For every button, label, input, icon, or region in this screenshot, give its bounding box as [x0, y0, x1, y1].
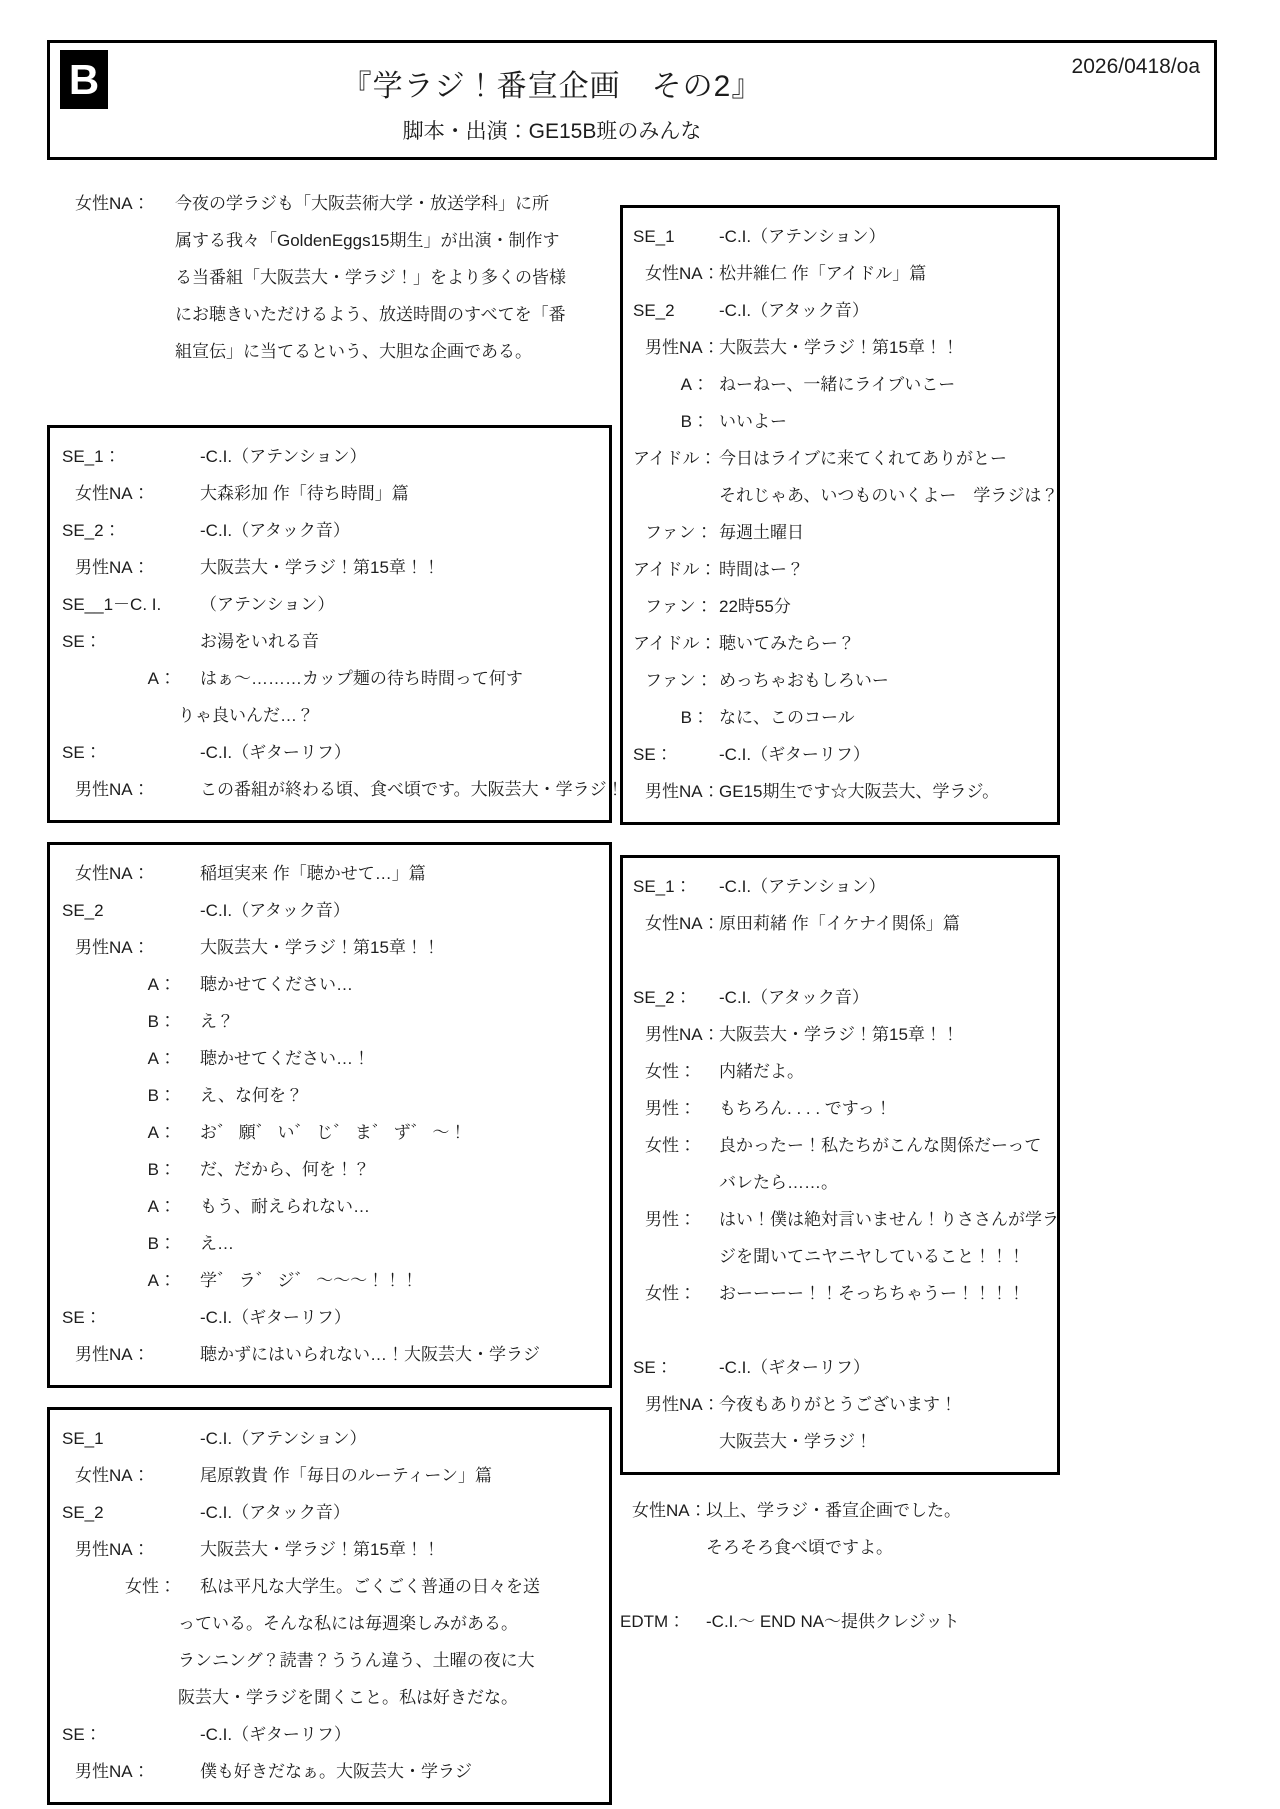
speaker-label: 女性NA： [633, 905, 719, 942]
script-line: アイドル：聴いてみたらー？ [633, 625, 1047, 662]
line-continuation-text: 阪芸大・学ラジを聞くこと。私は好きだな。 [60, 1679, 518, 1716]
line-text: 今日はライブに来てくれてありがとー [719, 440, 1007, 477]
line-text: 大阪芸大・学ラジ！第15章！！ [200, 929, 440, 966]
script-line: A：もう、耐えられない… [60, 1188, 599, 1225]
line-text: -C.I.（アタック音） [719, 979, 869, 1016]
script-line: 女性NA：大森彩加 作「待ち時間」篇 [60, 475, 599, 512]
line-text: -C.I.（ギターリフ） [200, 734, 351, 771]
speaker-label: SE_2 [60, 1494, 200, 1531]
line-continuation-text: そろそろ食べ頃ですよ。 [620, 1529, 893, 1566]
line-continuation-text: それじゃあ、いつものいくよー 学ラジは？ [633, 477, 1058, 514]
speaker-label: 男性NA： [60, 929, 200, 966]
line-text: この番組が終わる頃、食べ頃です。大阪芸大・学ラジ！ [200, 771, 624, 808]
line-text: 毎週土曜日 [719, 514, 804, 551]
speaker-label: A： [60, 1262, 200, 1299]
line-text: GE15期生です☆大阪芸大、学ラジ。 [719, 773, 999, 810]
speaker-label: 女性： [633, 1053, 719, 1090]
speaker-label: アイドル： [633, 551, 719, 588]
line-text: 今夜の学ラジも「大阪芸術大学・放送学科」に所 [175, 185, 549, 222]
speaker-label: SE： [633, 1349, 719, 1386]
intro-narration-block: 女性NA：今夜の学ラジも「大阪芸術大学・放送学科」に所属する我々「GoldenE… [47, 185, 612, 370]
speaker-label: 男性NA： [60, 549, 200, 586]
speaker-label: B： [633, 403, 719, 440]
speaker-label: A： [60, 966, 200, 1003]
speaker-label: 男性NA： [633, 1016, 719, 1053]
script-line: 女性NA：尾原敦貴 作「毎日のルーティーン」篇 [60, 1457, 599, 1494]
script-line: SE_2-C.I.（アタック音） [633, 292, 1047, 329]
line-text: （アテンション） [200, 586, 334, 623]
script-line: SE_2-C.I.（アタック音） [60, 1494, 599, 1531]
script-line: ファン：22時55分 [633, 588, 1047, 625]
script-line: SE：-C.I.（ギターリフ） [60, 1299, 599, 1336]
line-text: 良かったー！私たちがこんな関係だーって [719, 1127, 1041, 1164]
line-text: めっちゃおもしろいー [719, 662, 889, 699]
line-continuation-text: バレたら……。 [633, 1164, 838, 1201]
speaker-label: 男性NA： [60, 1531, 200, 1568]
speaker-label: 男性： [633, 1201, 719, 1238]
speaker-label: SE： [60, 1299, 200, 1336]
speaker-label: SE_2 [633, 292, 719, 329]
line-text: 聴かせてください…！ [200, 1040, 370, 1077]
script-line: A：ねーねー、一緒にライブいこー [633, 366, 1047, 403]
script-box-machijikan: SE_1：-C.I.（アテンション）女性NA：大森彩加 作「待ち時間」篇SE_2… [47, 425, 612, 823]
script-line: 男性NA：僕も好きだなぁ。大阪芸大・学ラジ [60, 1753, 599, 1790]
line-text: 松井維仁 作「アイドル」篇 [719, 255, 926, 292]
speaker-label: 男性NA： [60, 1753, 200, 1790]
script-line: 女性NA：以上、学ラジ・番宣企画でした。 [620, 1492, 1180, 1529]
script-line: B：え… [60, 1225, 599, 1262]
script-line: る当番組「大阪芸大・学ラジ！」をより多くの皆様 [47, 259, 612, 296]
line-text: -C.I.（アテンション） [719, 868, 886, 905]
blank-line [633, 1312, 1047, 1349]
speaker-label: SE__1－C. I. [60, 586, 200, 623]
line-text: 22時55分 [719, 588, 791, 625]
line-text: え… [200, 1225, 234, 1262]
script-line: SE：-C.I.（ギターリフ） [60, 734, 599, 771]
speaker-label: アイドル： [633, 440, 719, 477]
script-line: 女性：良かったー！私たちがこんな関係だーって [633, 1127, 1047, 1164]
script-line: 女性NA：今夜の学ラジも「大阪芸術大学・放送学科」に所 [47, 185, 612, 222]
air-date: 2026/0418/oa [1072, 55, 1200, 79]
line-text: -C.I.（ギターリフ） [200, 1299, 351, 1336]
line-continuation-text: ジを聞いてニヤニヤしていること！！！ [633, 1238, 1025, 1275]
script-line: 男性NA：聴かずにはいられない…！大阪芸大・学ラジ [60, 1336, 599, 1373]
header-box: B 『学ラジ！番宣企画 その2』 脚本・出演：GE15B班のみんな 2026/0… [47, 40, 1217, 160]
line-text: 学゛ ラ゛ ジ゛ ～～～！！！ [200, 1262, 418, 1299]
script-line: SE__1－C. I.（アテンション） [60, 586, 599, 623]
line-text: 大阪芸大・学ラジ！第15章！！ [719, 329, 959, 366]
line-continuation-text: っている。そんな私には毎週楽しみがある。 [60, 1605, 518, 1642]
script-line: A：学゛ ラ゛ ジ゛ ～～～！！！ [60, 1262, 599, 1299]
line-text: 以上、学ラジ・番宣企画でした。 [706, 1492, 961, 1529]
line-text: 大阪芸大・学ラジ！第15章！！ [719, 1016, 959, 1053]
line-text: だ、だから、何を！？ [200, 1151, 370, 1188]
speaker-label: SE_2： [633, 979, 719, 1016]
speaker-label: SE_1 [60, 1420, 200, 1457]
script-line: A：聴かせてください… [60, 966, 599, 1003]
speaker-label: 男性NA： [60, 771, 200, 808]
line-text: 時間はー？ [719, 551, 804, 588]
speaker-label: A： [60, 1114, 200, 1151]
line-text: お湯をいれる音 [200, 623, 319, 660]
line-text: おーーーー！！そっちちゃうー！！！！ [719, 1275, 1025, 1312]
script-line: ジを聞いてニヤニヤしていること！！！ [633, 1238, 1047, 1275]
script-line: 阪芸大・学ラジを聞くこと。私は好きだな。 [60, 1679, 599, 1716]
script-document-page: B 『学ラジ！番宣企画 その2』 脚本・出演：GE15B班のみんな 2026/0… [0, 0, 1280, 1809]
speaker-label: 男性NA： [633, 1386, 719, 1423]
script-line: SE：-C.I.（ギターリフ） [60, 1716, 599, 1753]
line-text: -C.I.（アタック音） [200, 892, 350, 929]
line-text: 稲垣実来 作「聴かせて…」篇 [200, 855, 426, 892]
script-line: EDTM：-C.I.～ END NA～提供クレジット [620, 1603, 1180, 1640]
speaker-label: A： [60, 1040, 200, 1077]
line-text: -C.I.（アタック音） [719, 292, 869, 329]
line-text: いいよー [719, 403, 787, 440]
line-text: はい！僕は絶対言いません！りささんが学ラ [719, 1201, 1059, 1238]
line-text: -C.I.（アテンション） [719, 218, 886, 255]
script-line: SE：-C.I.（ギターリフ） [633, 736, 1047, 773]
script-line: そろそろ食べ頃ですよ。 [620, 1529, 1180, 1566]
script-line: SE_1-C.I.（アテンション） [633, 218, 1047, 255]
script-line: 男性NA：今夜もありがとうございます！ [633, 1386, 1047, 1423]
script-line: 女性NA：原田莉緒 作「イケナイ関係」篇 [633, 905, 1047, 942]
speaker-label: SE： [60, 734, 200, 771]
speaker-label: 男性NA： [60, 1336, 200, 1373]
script-box-kikasete: 女性NA：稲垣実来 作「聴かせて…」篇SE_2-C.I.（アタック音）男性NA：… [47, 842, 612, 1388]
speaker-label: SE： [633, 736, 719, 773]
script-line: 男性NA：GE15期生です☆大阪芸大、学ラジ。 [633, 773, 1047, 810]
speaker-label: 男性NA： [633, 329, 719, 366]
speaker-label: SE_1： [633, 868, 719, 905]
line-text: -C.I.（ギターリフ） [719, 736, 870, 773]
script-line: 男性：はい！僕は絶対言いません！りささんが学ラ [633, 1201, 1047, 1238]
script-line: SE_2：-C.I.（アタック音） [633, 979, 1047, 1016]
line-text: 聴かずにはいられない…！大阪芸大・学ラジ [200, 1336, 540, 1373]
line-text: え、な何を？ [200, 1077, 303, 1114]
script-line: 男性NA：大阪芸大・学ラジ！第15章！！ [60, 929, 599, 966]
script-line: アイドル：時間はー？ [633, 551, 1047, 588]
script-line: 男性：もちろん. . . . ですっ！ [633, 1090, 1047, 1127]
line-text: 僕も好きだなぁ。大阪芸大・学ラジ [200, 1753, 472, 1790]
speaker-label: B： [60, 1151, 200, 1188]
script-line: アイドル：今日はライブに来てくれてありがとー [633, 440, 1047, 477]
script-box-ikenai-kankei: SE_1：-C.I.（アテンション）女性NA：原田莉緒 作「イケナイ関係」篇SE… [620, 855, 1060, 1475]
line-text: 聴かせてください… [200, 966, 353, 1003]
speaker-label: B： [60, 1003, 200, 1040]
script-line: 男性NA：大阪芸大・学ラジ！第15章！！ [60, 1531, 599, 1568]
line-text: -C.I.（アタック音） [200, 1494, 350, 1531]
script-line: 女性NA：松井維仁 作「アイドル」篇 [633, 255, 1047, 292]
speaker-label: 女性： [60, 1568, 200, 1605]
line-text: もちろん. . . . ですっ！ [719, 1090, 892, 1127]
speaker-label: SE： [60, 1716, 200, 1753]
line-text: え？ [200, 1003, 234, 1040]
script-line: SE_2：-C.I.（アタック音） [60, 512, 599, 549]
script-line: ランニング？読書？ううん違う、土曜の夜に大 [60, 1642, 599, 1679]
script-line: それじゃあ、いつものいくよー 学ラジは？ [633, 477, 1047, 514]
speaker-label: アイドル： [633, 625, 719, 662]
speaker-label: ファン： [633, 514, 719, 551]
line-text: 大森彩加 作「待ち時間」篇 [200, 475, 409, 512]
line-text: お゛ 願゛ い゛ じ゛ ま゛ ず゛ ～！ [200, 1114, 466, 1151]
line-text: 私は平凡な大学生。ごくごく普通の日々を送 [200, 1568, 540, 1605]
script-line: B：え？ [60, 1003, 599, 1040]
line-text: 尾原敦貴 作「毎日のルーティーン」篇 [200, 1457, 492, 1494]
line-text: -C.I.（アテンション） [200, 1420, 367, 1457]
script-line: 女性：私は平凡な大学生。ごくごく普通の日々を送 [60, 1568, 599, 1605]
speaker-label: SE_1： [60, 438, 200, 475]
line-text: はぁ～………カップ麺の待ち時間って何す [200, 660, 523, 697]
line-text: もう、耐えられない… [200, 1188, 370, 1225]
script-line: B：だ、だから、何を！？ [60, 1151, 599, 1188]
line-text: ねーねー、一緒にライブいこー [719, 366, 955, 403]
line-text: -C.I.（ギターリフ） [719, 1349, 870, 1386]
speaker-label: 男性NA： [633, 773, 719, 810]
script-line: 男性NA：大阪芸大・学ラジ！第15章！！ [60, 549, 599, 586]
speaker-label: 女性NA： [60, 475, 200, 512]
speaker-label: 女性NA： [620, 1492, 706, 1529]
speaker-label: EDTM： [620, 1603, 706, 1640]
line-text: 内緒だよ。 [719, 1053, 804, 1090]
script-line: 属する我々「GoldenEggs15期生」が出演・制作す [47, 222, 612, 259]
line-continuation-text: にお聴きいただけるよう、放送時間のすべてを「番 [47, 296, 566, 333]
script-line: SE_1：-C.I.（アテンション） [60, 438, 599, 475]
script-box-idol: SE_1-C.I.（アテンション）女性NA：松井維仁 作「アイドル」篇SE_2-… [620, 205, 1060, 825]
script-line: ファン：めっちゃおもしろいー [633, 662, 1047, 699]
script-line: 女性NA：稲垣実来 作「聴かせて…」篇 [60, 855, 599, 892]
line-text: -C.I.～ END NA～提供クレジット [706, 1603, 960, 1640]
script-line: 男性NA：大阪芸大・学ラジ！第15章！！ [633, 1016, 1047, 1053]
script-line: バレたら……。 [633, 1164, 1047, 1201]
line-text: 大阪芸大・学ラジ！第15章！！ [200, 1531, 440, 1568]
speaker-label: 女性NA： [633, 255, 719, 292]
line-continuation-text: 大阪芸大・学ラジ！ [633, 1423, 872, 1460]
line-continuation-text: る当番組「大阪芸大・学ラジ！」をより多くの皆様 [47, 259, 566, 296]
script-line: にお聴きいただけるよう、放送時間のすべてを「番 [47, 296, 612, 333]
speaker-label: ファン： [633, 662, 719, 699]
line-continuation-text: 組宣伝」に当てるという、大胆な企画である。 [47, 333, 532, 370]
blank-line [633, 942, 1047, 979]
speaker-label: 女性： [633, 1275, 719, 1312]
script-line: 組宣伝」に当てるという、大胆な企画である。 [47, 333, 612, 370]
line-text: 大阪芸大・学ラジ！第15章！！ [200, 549, 440, 586]
script-line: SE_2-C.I.（アタック音） [60, 892, 599, 929]
speaker-label: 女性NA： [60, 855, 200, 892]
speaker-label: SE： [60, 623, 200, 660]
line-continuation-text: ランニング？読書？ううん違う、土曜の夜に大 [60, 1642, 535, 1679]
speaker-label: B： [60, 1077, 200, 1114]
script-line: A：聴かせてください…！ [60, 1040, 599, 1077]
script-line: 女性：おーーーー！！そっちちゃうー！！！！ [633, 1275, 1047, 1312]
speaker-label: A： [60, 1188, 200, 1225]
line-text: -C.I.（アタック音） [200, 512, 350, 549]
speaker-label: 男性： [633, 1090, 719, 1127]
script-line: っている。そんな私には毎週楽しみがある。 [60, 1605, 599, 1642]
script-line: SE：お湯をいれる音 [60, 623, 599, 660]
speaker-label: SE_2 [60, 892, 200, 929]
script-line: 男性NA：この番組が終わる頃、食べ頃です。大阪芸大・学ラジ！ [60, 771, 599, 808]
script-line: SE：-C.I.（ギターリフ） [633, 1349, 1047, 1386]
line-text: -C.I.（ギターリフ） [200, 1716, 351, 1753]
page-title: 『学ラジ！番宣企画 その2』 [50, 61, 1214, 105]
speaker-label: A： [60, 660, 200, 697]
script-line: 男性NA：大阪芸大・学ラジ！第15章！！ [633, 329, 1047, 366]
line-text: 今夜もありがとうございます！ [719, 1386, 957, 1423]
blank-line [620, 1566, 1180, 1603]
script-line: SE_1：-C.I.（アテンション） [633, 868, 1047, 905]
script-line: B：なに、このコール [633, 699, 1047, 736]
script-line: A：はぁ～………カップ麺の待ち時間って何す [60, 660, 599, 697]
speaker-label: SE_2： [60, 512, 200, 549]
line-text: -C.I.（アテンション） [200, 438, 367, 475]
line-continuation-text: りゃ良いんだ…？ [60, 697, 314, 734]
script-line: 大阪芸大・学ラジ！ [633, 1423, 1047, 1460]
script-box-routine: SE_1-C.I.（アテンション）女性NA：尾原敦貴 作「毎日のルーティーン」篇… [47, 1407, 612, 1805]
line-text: 原田莉緒 作「イケナイ関係」篇 [719, 905, 960, 942]
speaker-label: B： [633, 699, 719, 736]
script-line: SE_1-C.I.（アテンション） [60, 1420, 599, 1457]
speaker-label: B： [60, 1225, 200, 1262]
script-line: B：いいよー [633, 403, 1047, 440]
line-text: 聴いてみたらー？ [719, 625, 855, 662]
line-continuation-text: 属する我々「GoldenEggs15期生」が出演・制作す [47, 222, 559, 259]
outro-block: 女性NA：以上、学ラジ・番宣企画でした。そろそろ食べ頃ですよ。EDTM：-C.I… [620, 1492, 1180, 1640]
speaker-label: 女性NA： [60, 1457, 200, 1494]
speaker-label: A： [633, 366, 719, 403]
script-line: ファン：毎週土曜日 [633, 514, 1047, 551]
page-subtitle: 脚本・出演：GE15B班のみんな [50, 115, 1214, 145]
line-text: なに、このコール [719, 699, 855, 736]
script-line: 女性：内緒だよ。 [633, 1053, 1047, 1090]
speaker-label: 女性NA： [47, 185, 175, 222]
speaker-label: SE_1 [633, 218, 719, 255]
speaker-label: 女性： [633, 1127, 719, 1164]
speaker-label: ファン： [633, 588, 719, 625]
script-line: A：お゛ 願゛ い゛ じ゛ ま゛ ず゛ ～！ [60, 1114, 599, 1151]
script-line: りゃ良いんだ…？ [60, 697, 599, 734]
script-line: B：え、な何を？ [60, 1077, 599, 1114]
